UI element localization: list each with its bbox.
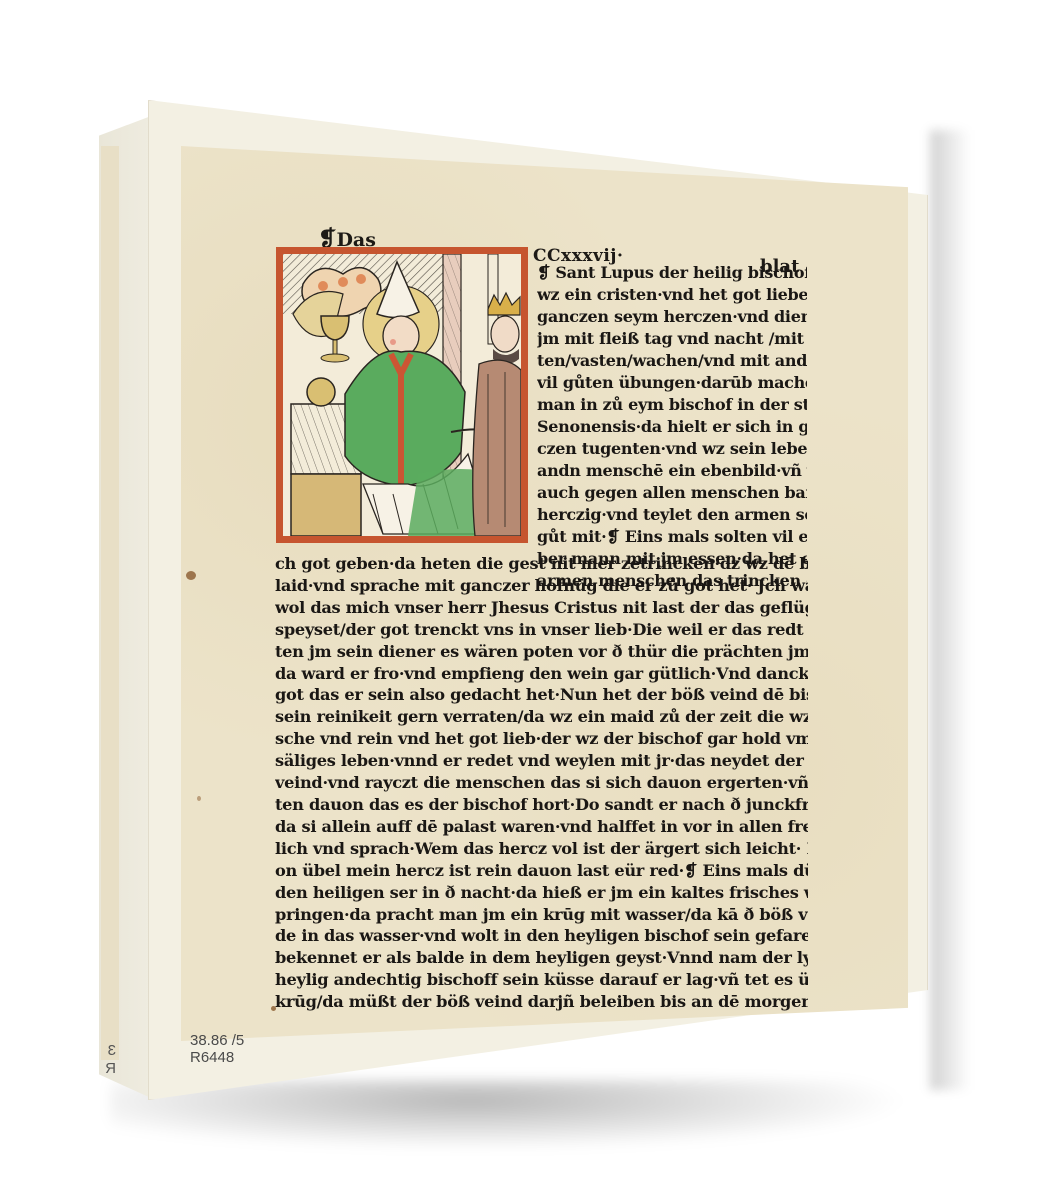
- text-line: ten/vasten/wachen/vnd mit andn: [537, 350, 807, 372]
- canvas-right-shadow: [930, 130, 970, 1090]
- text-line: wol das mich vnser herr Jhesus Cristus n…: [275, 597, 808, 619]
- text-line: ten jm sein diener es wären poten vor ð …: [275, 641, 808, 663]
- side-note-line2: R: [105, 1060, 116, 1077]
- text-line: ganczen seym herczen·vnd dienett: [537, 306, 807, 328]
- catalog-number-note: 38.86 /5 R6448: [190, 1032, 244, 1066]
- text-line: heylig andechtig bischoff sein küsse dar…: [275, 969, 808, 991]
- text-line: got das er sein also gedacht het·Nun het…: [275, 684, 808, 706]
- text-line: pringen·da pracht man jm ein krūg mit wa…: [275, 904, 808, 926]
- catalog-line2: R6448: [190, 1049, 234, 1066]
- text-line: ❡ Sant Lupus der heilig bischoff: [537, 262, 807, 284]
- side-note-line1: 3: [108, 1042, 116, 1059]
- text-line: wz ein cristen·vnd het got liebe vō: [537, 284, 807, 306]
- text-line: säliges leben·vnnd er redet vnd weylen m…: [275, 750, 808, 772]
- saint-lupus-woodcut-icon: [283, 254, 521, 536]
- text-line: gůt mit·❡ Eins mals solten vil er: [537, 526, 807, 548]
- foxing-spot: [197, 796, 201, 801]
- text-line: sein reinikeit gern verraten/da wz ein m…: [275, 706, 808, 728]
- text-line: speyset/der got trenckt vns in vnser lie…: [275, 619, 808, 641]
- foxing-spot: [186, 571, 196, 580]
- text-line: laid·vnd sprache mit ganczer hofnūg die …: [275, 575, 808, 597]
- text-column-narrow: ❡ Sant Lupus der heilig bischoff wz ein …: [537, 262, 807, 592]
- text-line: lich vnd sprach·Wem das hercz vol ist de…: [275, 838, 808, 860]
- woodcut-illustration: [276, 247, 528, 543]
- text-line: de in das wasser·vnd wolt in den heylige…: [275, 925, 808, 947]
- side-wrap-catalog-note: 3 R: [102, 1042, 116, 1078]
- text-line: andn menschē ein ebenbild·vñ wz: [537, 460, 807, 482]
- text-line: den heiligen ser in ð nacht·da hieß er j…: [275, 882, 808, 904]
- canvas-side-print-strip: [101, 146, 119, 1060]
- text-line: ten dauon das es der bischof hort·Do san…: [275, 794, 808, 816]
- text-line: veind·vnd rayczt die menschen das si sic…: [275, 772, 808, 794]
- text-line: auch gegen allen menschen barem: [537, 482, 807, 504]
- text-line: bekennet er als balde in dem heyligen ge…: [275, 947, 808, 969]
- text-line: herczig·vnd teylet den armen seyn: [537, 504, 807, 526]
- text-line: krūg/da müßt der böß veind darjñ beleibe…: [275, 991, 808, 1013]
- text-column-wide: ch got geben·da heten die gest nit mer z…: [275, 553, 808, 1013]
- catalog-line1: 38.86 /5: [190, 1032, 244, 1049]
- text-line: sche vnd rein vnd het got lieb·der wz de…: [275, 728, 808, 750]
- text-line: da si allein auff dē palast waren·vnd ha…: [275, 816, 808, 838]
- text-line: man in zů eym bischof in der statt: [537, 394, 807, 416]
- text-line: ch got geben·da heten die gest nit mer z…: [275, 553, 808, 575]
- text-line: Senonensis·da hielt er sich in gan: [537, 416, 807, 438]
- text-line: da ward er fro·vnd empfieng den wein gar…: [275, 663, 808, 685]
- canvas-floor-shadow: [110, 1080, 910, 1150]
- text-line: vil gůten übungen·darūb machet: [537, 372, 807, 394]
- text-line: czen tugenten·vnd wz sein leben dē: [537, 438, 807, 460]
- text-line: jm mit fleiß tag vnd nacht /mit be: [537, 328, 807, 350]
- text-line: on übel mein hercz ist rein dauon last e…: [275, 860, 808, 882]
